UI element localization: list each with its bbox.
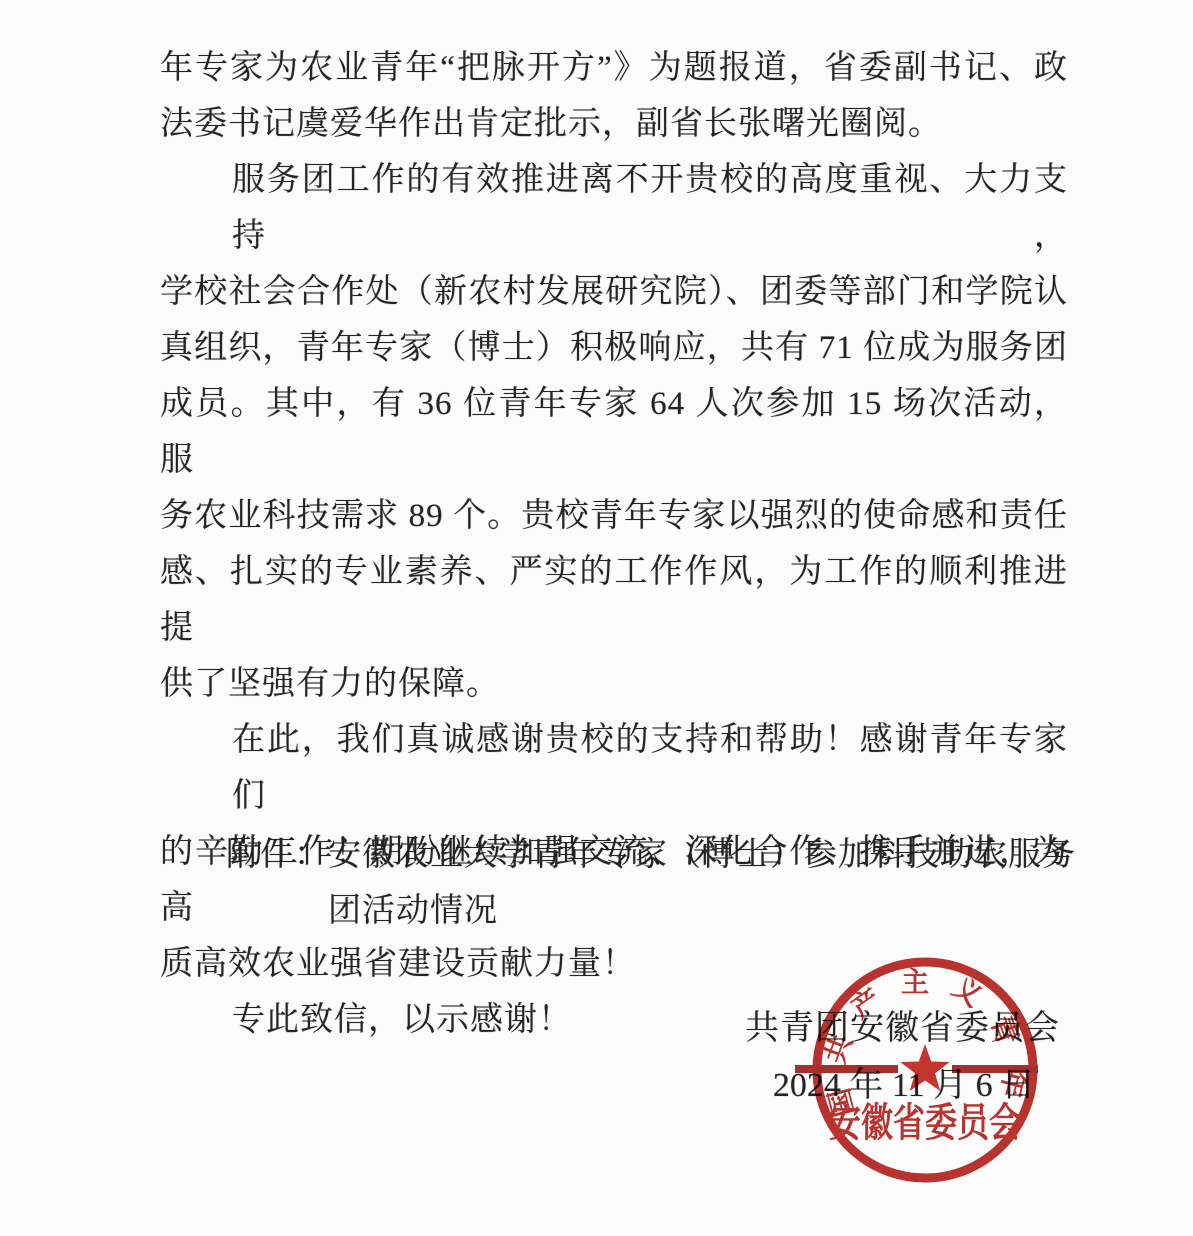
body-line: 务农业科技需求 89 个。贵校青年专家以强烈的使命感和责任 — [160, 488, 1068, 544]
star-icon — [900, 1044, 949, 1091]
body-line: 感、扎实的专业素养、严实的工作作风，为工作的顺利推进提 — [160, 544, 1068, 656]
attachment-block: 附件：安徽农业大学青年专家（博士）参加科技助农服务 团活动情况 — [160, 827, 1068, 939]
body-line: 年专家为农业青年“把脉开方”》为题报道，省委副书记、政 — [160, 40, 1068, 96]
official-seal: 中国共产主义青年团 安徽省委员会 — [795, 940, 1055, 1200]
body-line: 在此，我们真诚感谢贵校的支持和帮助！感谢青年专家们 — [160, 712, 1068, 824]
body-line: 成员。其中，有 36 位青年专家 64 人次参加 15 场次活动，服 — [160, 376, 1068, 488]
body-line: 法委书记虞爱华作出肯定批示，副省长张曙光圈阅。 — [160, 96, 1068, 152]
letter-page: 年专家为农业青年“把脉开方”》为题报道，省委副书记、政 法委书记虞爱华作出肯定批… — [0, 0, 1193, 1236]
body-line: 服务团工作的有效推进离不开贵校的高度重视、大力支持， — [160, 152, 1068, 264]
attachment-line: 附件：安徽农业大学青年专家（博士）参加科技助农服务 — [160, 827, 1068, 883]
seal-right-bar — [952, 1065, 1038, 1073]
attachment-line: 团活动情况 — [160, 883, 1068, 939]
seal-left-bar — [795, 1065, 898, 1073]
body-line: 供了坚强有力的保障。 — [160, 656, 1068, 712]
body-line: 真组织，青年专家（博士）积极响应，共有 71 位成为服务团 — [160, 320, 1068, 376]
body-line: 学校社会合作处（新农村发展研究院）、团委等部门和学院认 — [160, 264, 1068, 320]
seal-bottom-text: 安徽省委员会 — [829, 1100, 1021, 1145]
